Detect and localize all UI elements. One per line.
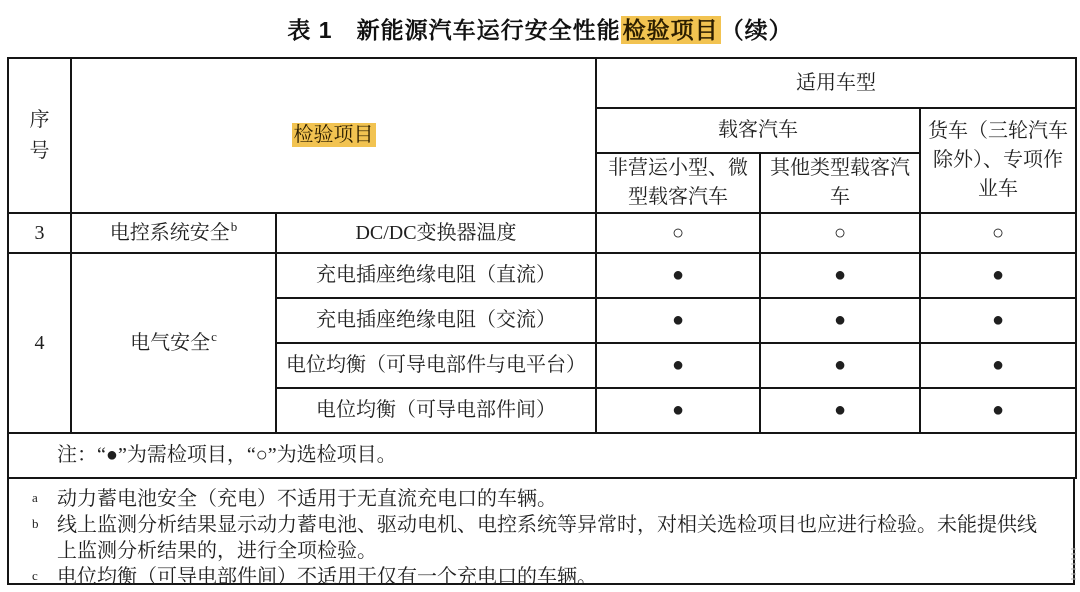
header-serial-label: 序号 [28, 105, 51, 167]
serial-cell: 3 [8, 213, 71, 253]
category-footnote-ref: b [231, 219, 238, 234]
mark-cell: ● [760, 343, 920, 388]
mark-cell: ● [920, 298, 1076, 343]
footnote-b-text: 线上监测分析结果显示动力蓄电池、驱动电机、电控系统等异常时，对相关选检项目也应进… [57, 512, 1051, 564]
serial-cell: 4 [8, 253, 71, 433]
inspection-table: 序号 检验项目 适用车型 载客汽车 货车（三轮汽车除外）、专项作业车 非营运小型… [7, 57, 1077, 479]
mark-cell: ● [920, 388, 1076, 433]
item-cell: 充电插座绝缘电阻（直流） [276, 253, 596, 298]
footnote-c: c 电位均衡（可导电部件间）不适用于仅有一个充电口的车辆。 [32, 564, 1051, 590]
title-suffix: （续） [721, 17, 793, 43]
header-passenger: 载客汽车 [596, 108, 920, 153]
category-footnote-ref: c [211, 329, 217, 344]
mark-cell: ● [760, 298, 920, 343]
legend-note: 注：“●”为需检项目，“○”为选检项目。 [8, 433, 1076, 478]
footnote-a-text: 动力蓄电池安全（充电）不适用于无直流充电口的车辆。 [57, 486, 1051, 512]
header-item-highlight: 检验项目 [292, 123, 376, 147]
mark-cell: ● [920, 253, 1076, 298]
mark-cell: ● [920, 343, 1076, 388]
item-cell: DC/DC变换器温度 [276, 213, 596, 253]
mark-cell: ● [760, 253, 920, 298]
footnote-b: b 线上监测分析结果显示动力蓄电池、驱动电机、电控系统等异常时，对相关选检项目也… [32, 512, 1051, 564]
footnote-c-text: 电位均衡（可导电部件间）不适用于仅有一个充电口的车辆。 [57, 564, 1051, 590]
mark-cell: ○ [596, 213, 760, 253]
header-serial: 序号 [8, 58, 71, 213]
table-row: 3 电控系统安全b DC/DC变换器温度 ○ ○ ○ [8, 213, 1076, 253]
legend-note-row: 注：“●”为需检项目，“○”为选检项目。 [8, 433, 1076, 478]
header-item: 检验项目 [71, 58, 596, 213]
document-page: 表 1 新能源汽车运行安全性能检验项目（续） 序号 检验项目 适用车型 载客汽车… [0, 0, 1080, 592]
header-row-1: 序号 检验项目 适用车型 [8, 58, 1076, 108]
footnote-c-marker: c [32, 564, 57, 587]
mark-cell: ● [596, 298, 760, 343]
mark-cell: ○ [760, 213, 920, 253]
mark-cell: ● [596, 253, 760, 298]
item-cell: 电位均衡（可导电部件与电平台） [276, 343, 596, 388]
mark-cell: ○ [920, 213, 1076, 253]
footnote-b-marker: b [32, 512, 57, 535]
header-passenger-sub2: 其他类型载客汽车 [760, 153, 920, 213]
header-passenger-sub1: 非营运小型、微型载客汽车 [596, 153, 760, 213]
footnote-a: a 动力蓄电池安全（充电）不适用于无直流充电口的车辆。 [32, 486, 1051, 512]
table-row: 4 电气安全c 充电插座绝缘电阻（直流） ● ● ● [8, 253, 1076, 298]
header-truck: 货车（三轮汽车除外）、专项作业车 [920, 108, 1076, 213]
category-cell: 电气安全c [71, 253, 276, 433]
footnotes-box: a 动力蓄电池安全（充电）不适用于无直流充电口的车辆。 b 线上监测分析结果显示… [7, 477, 1075, 585]
category-label: 电气安全 [130, 332, 210, 354]
category-label: 电控系统安全 [110, 222, 230, 244]
mark-cell: ● [596, 343, 760, 388]
table-title: 表 1 新能源汽车运行安全性能检验项目（续） [0, 12, 1080, 45]
header-applicable: 适用车型 [596, 58, 1076, 108]
title-highlight: 检验项目 [621, 16, 721, 44]
category-cell: 电控系统安全b [71, 213, 276, 253]
title-prefix: 表 1 新能源汽车运行安全性能 [287, 17, 620, 43]
item-cell: 电位均衡（可导电部件间） [276, 388, 596, 433]
watermark-fragment [1071, 548, 1076, 582]
item-cell: 充电插座绝缘电阻（交流） [276, 298, 596, 343]
mark-cell: ● [760, 388, 920, 433]
mark-cell: ● [596, 388, 760, 433]
footnote-a-marker: a [32, 486, 57, 509]
